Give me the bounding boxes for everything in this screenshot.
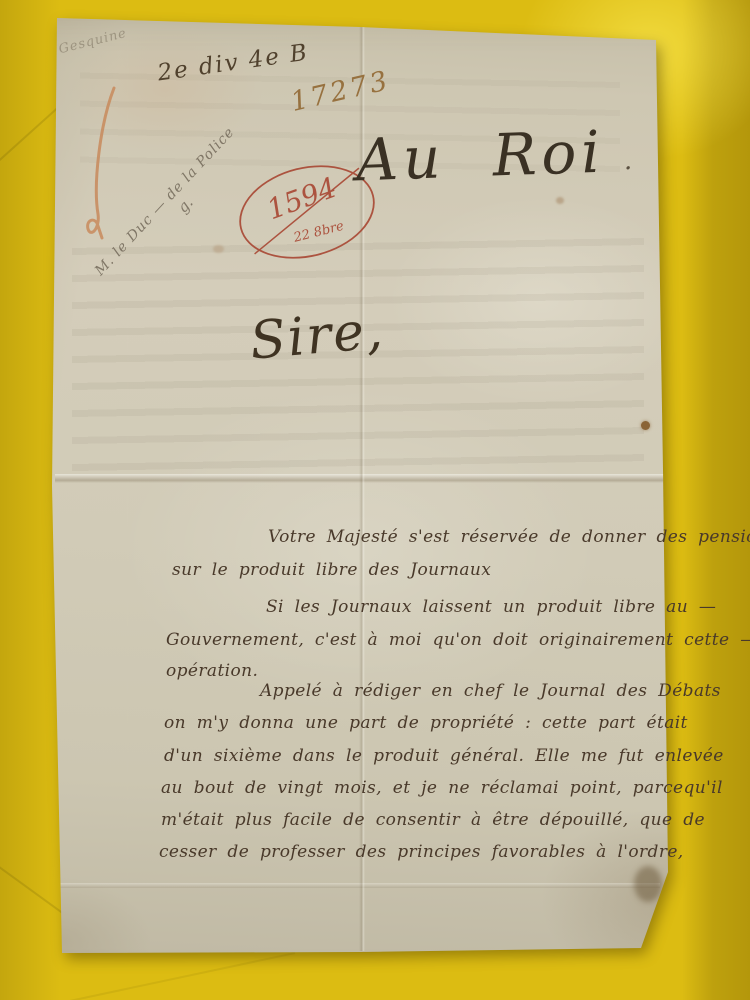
red-ink-flourish <box>78 72 138 252</box>
body-line: au bout de vingt mois, et je ne réclamai… <box>161 778 723 798</box>
body-line: opération. <box>166 661 258 681</box>
registry-number: 17273 <box>288 65 393 118</box>
letter-title: Au Roi <box>355 118 606 195</box>
body-line: sur le produit libre des Journaux <box>172 560 491 580</box>
division-mark: 2e div 4e B <box>156 40 311 87</box>
body-line: Gouvernement, c'est à moi qu'on doit ori… <box>166 630 750 650</box>
handwriting-layer: Gesquine 2e div 4e B 17273 M. le Duc — d… <box>0 0 750 1000</box>
stamp-number: 1594 <box>263 171 341 226</box>
letter-salutation: Sire, <box>248 300 387 371</box>
body-line: cesser de professer des principes favora… <box>159 842 684 862</box>
letter-title-dot: . <box>624 146 632 176</box>
photograph-of-manuscript: Gesquine 2e div 4e B 17273 M. le Duc — d… <box>0 0 750 1000</box>
body-line: m'était plus facile de consentir à être … <box>161 810 705 830</box>
stamp-date: 22 8bre <box>291 219 346 246</box>
body-line: Appelé à rédiger en chef le Journal des … <box>260 681 721 701</box>
body-line: d'un sixième dans le produit général. El… <box>164 746 724 766</box>
corner-pencil-signature: Gesquine <box>57 26 128 57</box>
body-line: on m'y donna une part de propriété : cet… <box>164 713 688 733</box>
body-line: Si les Journaux laissent un produit libr… <box>266 597 716 617</box>
body-line: Votre Majesté s'est réservée de donner d… <box>268 527 750 547</box>
